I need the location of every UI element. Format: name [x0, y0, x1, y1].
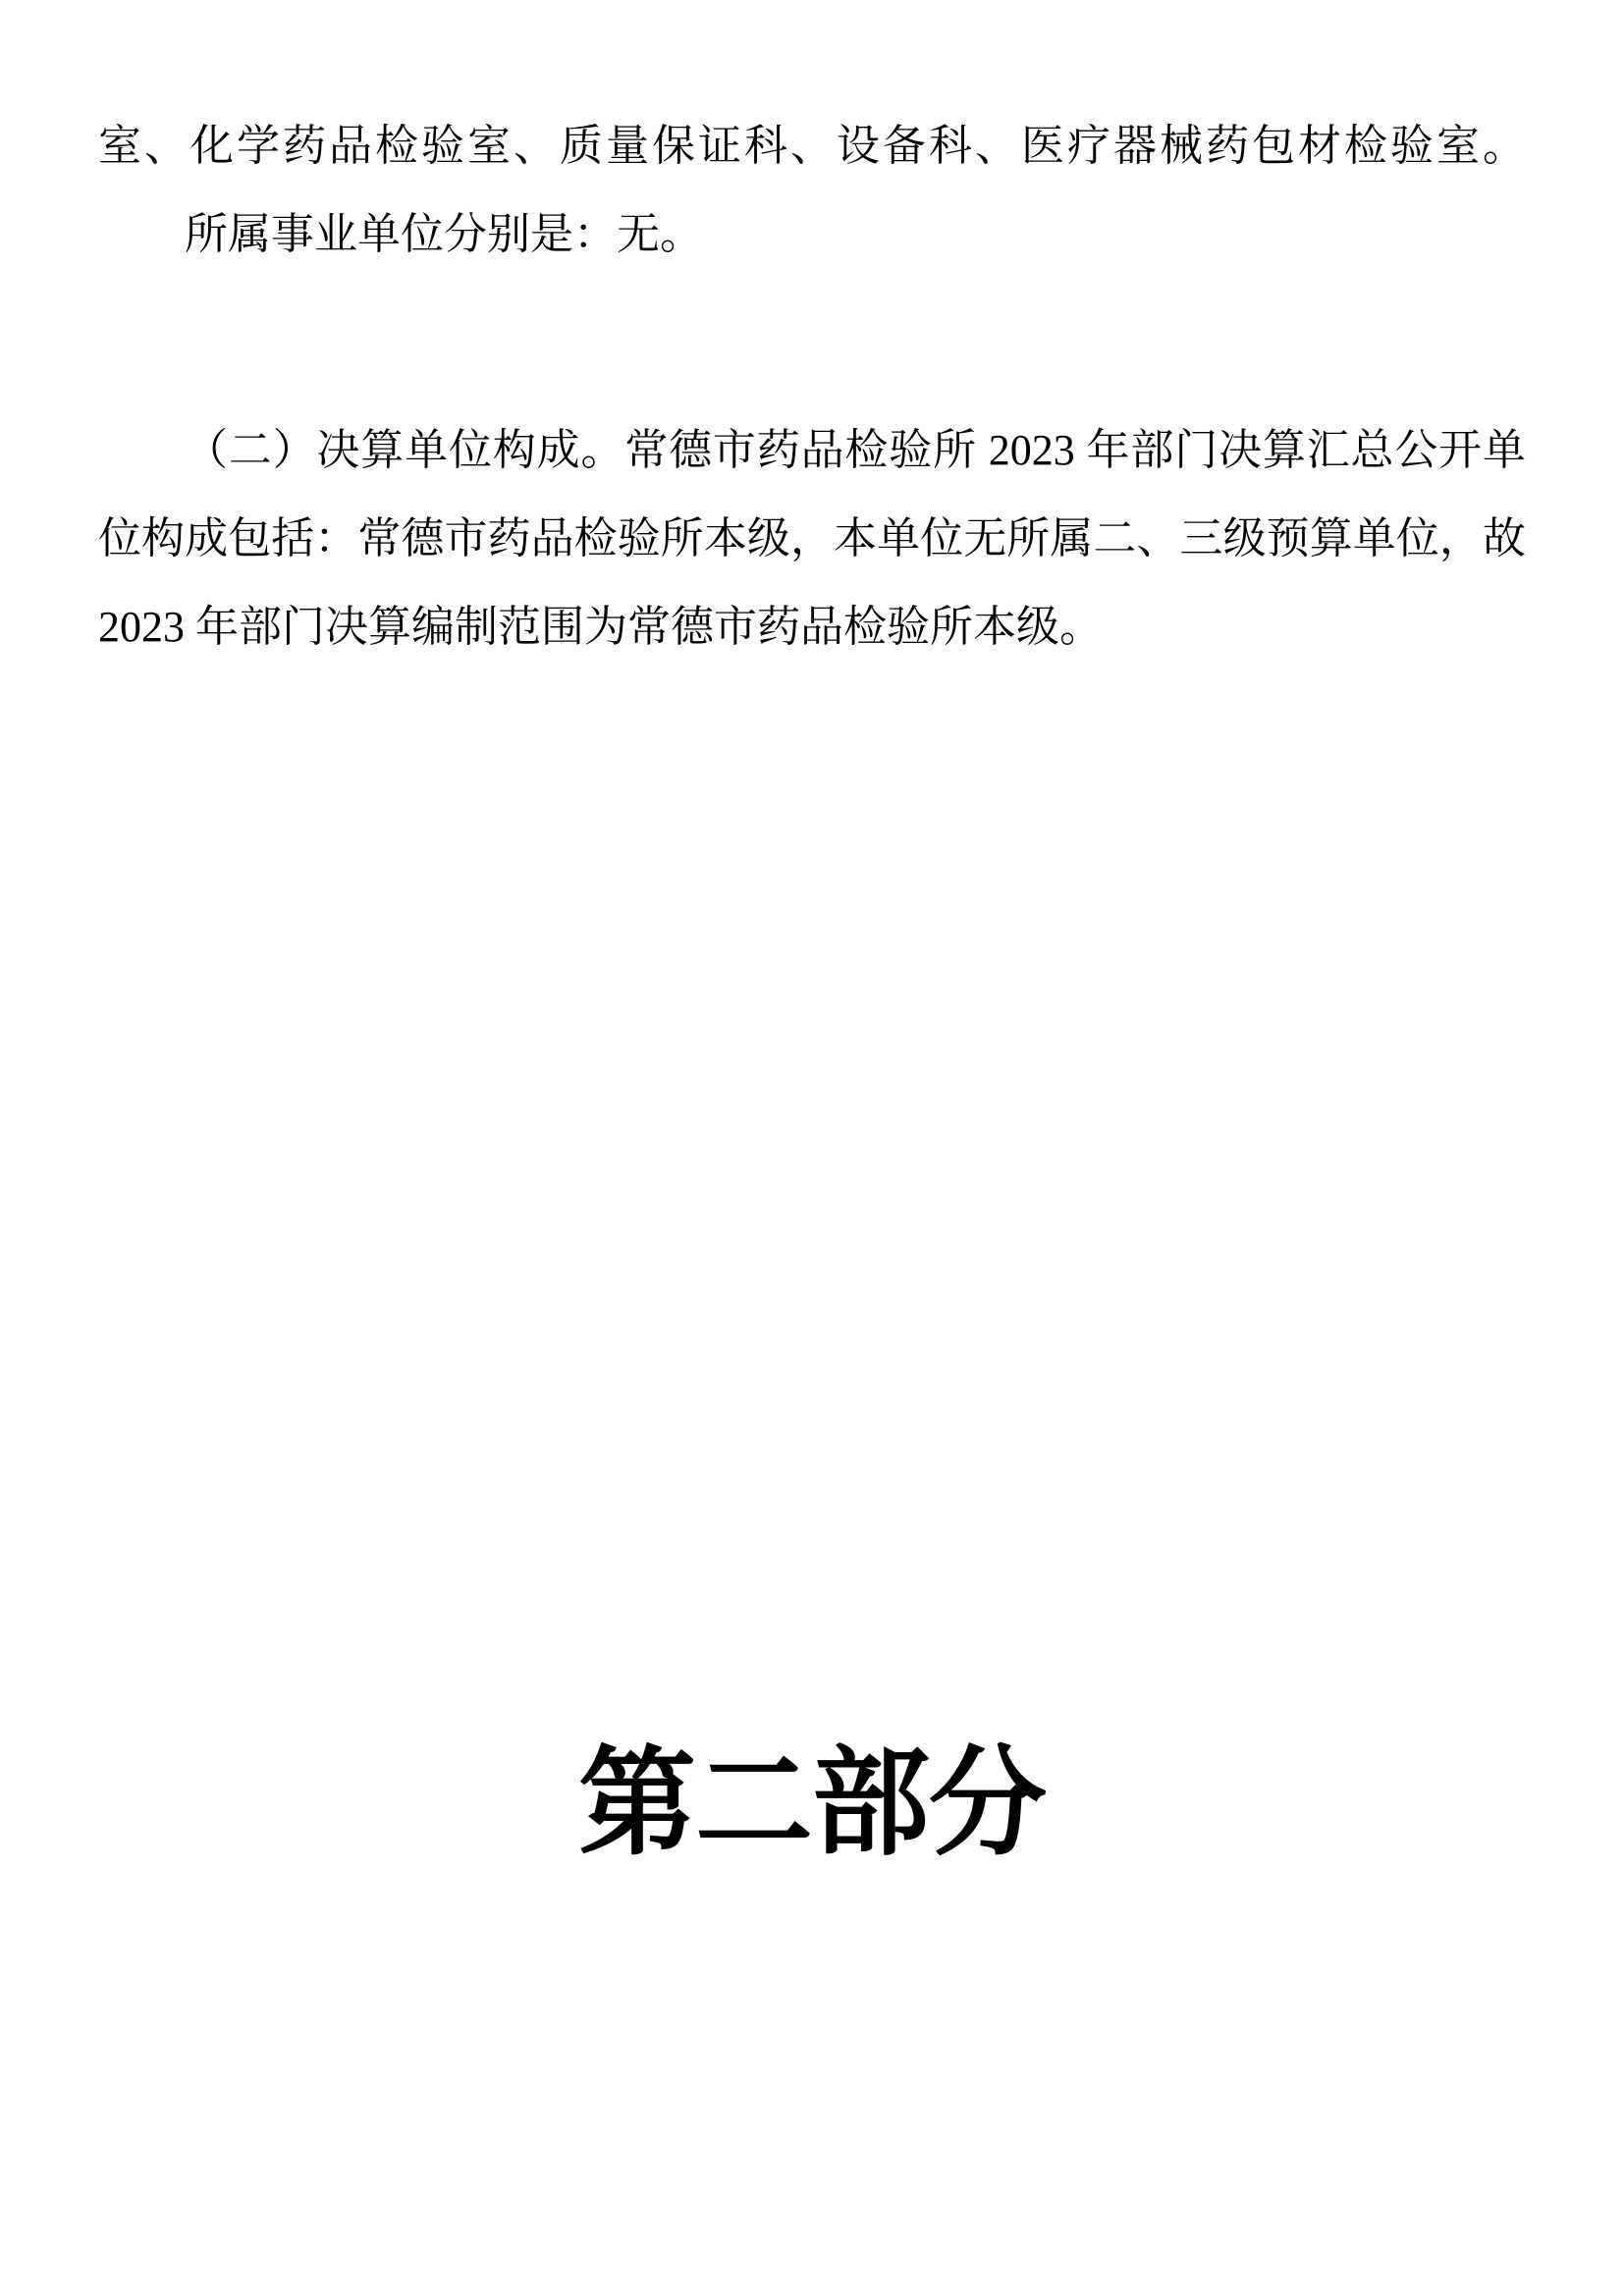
document-page: 室、化学药品检验室、质量保证科、设备科、医疗器械药包材检验室。 所属事业单位分别…	[0, 0, 1624, 2296]
blank-region-spacer	[98, 671, 1526, 1727]
blank-line-spacer	[98, 279, 1526, 406]
section-heading-part-two: 第二部分	[98, 1727, 1526, 1880]
subordinate-units-line: 所属事业单位分别是：无。	[98, 190, 1526, 279]
paragraph-continuation-line: 室、化学药品检验室、质量保证科、设备科、医疗器械药包材检验室。	[98, 102, 1526, 190]
paragraph-unit-composition: （二）决算单位构成。常德市药品检验所 2023 年部门决算汇总公开单位构成包括：…	[98, 406, 1526, 671]
